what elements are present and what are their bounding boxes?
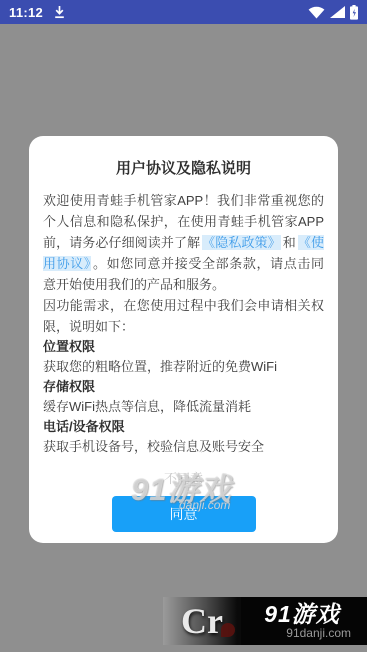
battery-charging-icon	[350, 5, 358, 20]
agree-button[interactable]: 同意	[112, 496, 256, 532]
watermark-bottom-right: 91游戏 91danji.com	[241, 602, 367, 640]
permissions-intro: 因功能需求，在您使用过程中我们会申请相关权限，说明如下：	[43, 295, 324, 337]
permission-item-phone-device: 电话/设备权限 获取手机设备号，校验信息及账号安全	[43, 417, 324, 457]
status-time: 11:12	[9, 5, 43, 20]
permission-title: 存储权限	[43, 377, 324, 397]
permission-item-location: 位置权限 获取您的粗略位置，推荐附近的免费WiFi	[43, 337, 324, 377]
wifi-icon	[308, 6, 325, 19]
phone-screen: 11:12	[0, 0, 367, 652]
privacy-policy-link[interactable]: 《隐私政策》	[202, 235, 281, 250]
permission-item-storage: 存储权限 缓存WiFi热点等信息，降低流量消耗	[43, 377, 324, 417]
status-bar-left: 11:12	[9, 5, 66, 20]
permission-desc: 缓存WiFi热点等信息，降低流量消耗	[43, 397, 324, 417]
permission-title: 电话/设备权限	[43, 417, 324, 437]
watermark-brand-text: 91游戏	[241, 602, 363, 626]
permission-title: 位置权限	[43, 337, 324, 357]
permission-desc: 获取手机设备号，校验信息及账号安全	[43, 437, 324, 457]
privacy-agreement-dialog: 用户协议及隐私说明 欢迎使用青蛙手机管家APP！我们非常重视您的个人信息和隐私保…	[29, 136, 338, 543]
permission-desc: 获取您的粗略位置，推荐附近的免费WiFi	[43, 357, 324, 377]
dialog-title: 用户协议及隐私说明	[43, 157, 324, 178]
status-bar-right	[308, 5, 358, 20]
status-bar: 11:12	[0, 0, 367, 24]
intro-paragraph: 欢迎使用青蛙手机管家APP！我们非常重视您的个人信息和隐私保护，在使用青蛙手机管…	[43, 190, 324, 295]
watermark-domain-text: 91danji.com	[241, 626, 363, 640]
download-icon	[53, 5, 66, 19]
disagree-button[interactable]: 不同意	[43, 468, 324, 487]
game-logo: Cr	[163, 597, 241, 645]
cellular-signal-icon	[330, 6, 345, 18]
intro-conjunction: 和	[283, 235, 296, 250]
watermark-bottom-bar: Cr 91游戏 91danji.com	[163, 597, 367, 645]
